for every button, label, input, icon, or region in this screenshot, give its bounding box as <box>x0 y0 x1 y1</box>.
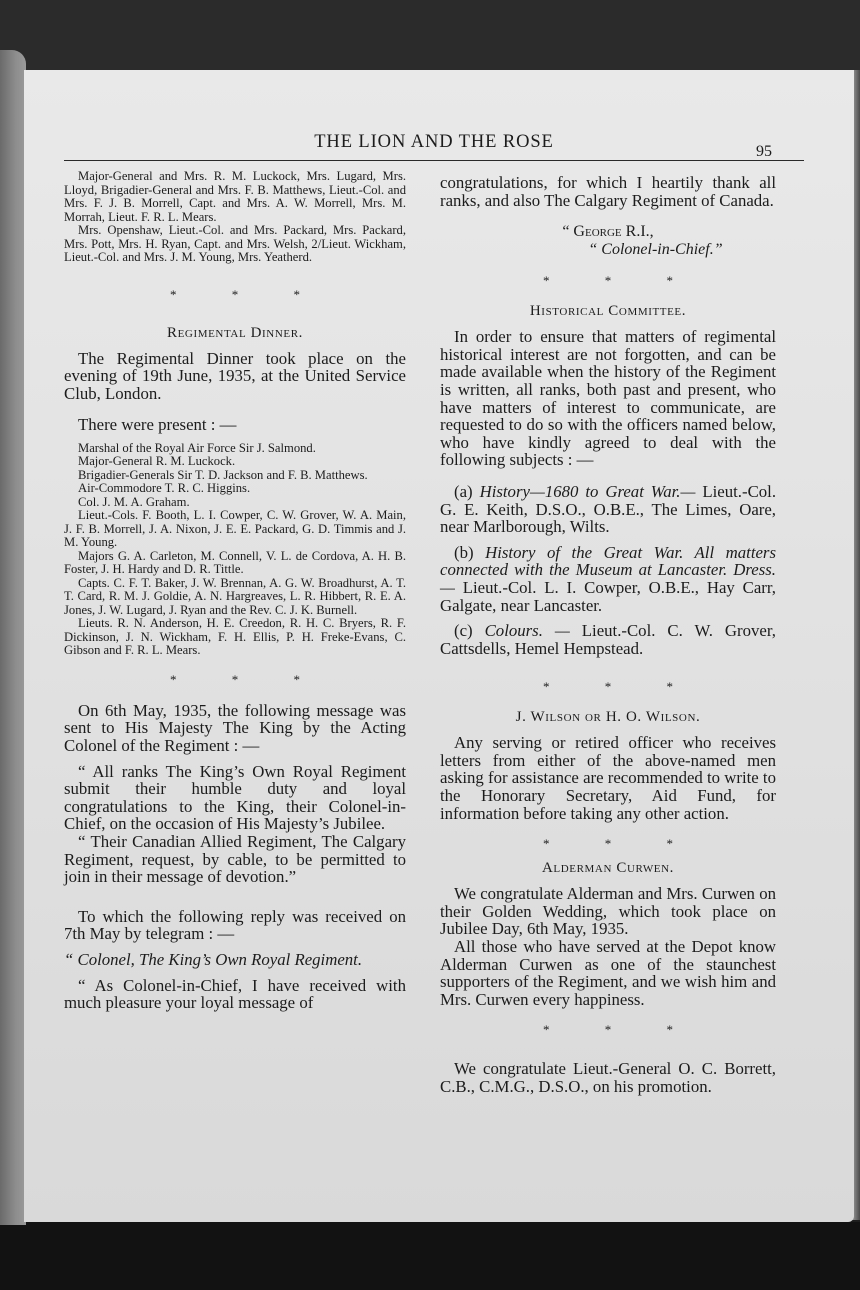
right-column: congratulations, for which I heartily th… <box>440 174 776 1096</box>
curwen-paragraph: We congratulate Alderman and Mrs. Curwen… <box>440 885 776 938</box>
item-label: (c) <box>454 621 473 640</box>
jubilee-message: “ All ranks The King’s Own Royal Regimen… <box>64 763 406 833</box>
item-subject: History—1680 to Great War.— <box>480 482 696 501</box>
curwen-paragraph: All those who have served at the Depot k… <box>440 938 776 1008</box>
committee-intro: In order to ensure that matters of regim… <box>440 328 776 469</box>
section-heading-regimental-dinner: Regimental Dinner. <box>64 325 406 342</box>
attendee-list: Marshal of the Royal Air Force Sir J. Sa… <box>64 442 406 658</box>
section-separator: * * * <box>64 672 406 688</box>
section-separator: * * * <box>64 287 406 303</box>
reply-body-continued: congratulations, for which I heartily th… <box>440 174 776 209</box>
attendee-entry: Capts. C. F. T. Baker, J. W. Brennan, A.… <box>64 577 406 618</box>
section-heading-historical-committee: Historical Committee. <box>440 303 776 320</box>
section-separator: * * * <box>440 679 776 695</box>
item-contact: Lieut.-Col. L. I. Cowper, O.B.E., Hay Ca… <box>440 578 776 615</box>
attendee-entry: Air-Commodore T. R. C. Higgins. <box>64 482 406 496</box>
guest-list-paragraph: Mrs. Openshaw, Lieut.-Col. and Mrs. Pack… <box>64 224 406 265</box>
section-separator: * * * <box>440 273 776 289</box>
borrett-notice: We congratulate Lieut.-General O. C. Bor… <box>440 1060 776 1095</box>
signoff-title: “ Colonel-in-Chief.” <box>440 241 776 259</box>
reply-address: “ Colonel, The King’s Own Royal Regiment… <box>64 951 406 969</box>
header-rule <box>64 160 804 161</box>
book-spine <box>0 50 26 1225</box>
reply-body: “ As Colonel-in-Chief, I have received w… <box>64 977 406 1012</box>
signoff-name-text: “ George R.I., <box>562 223 653 240</box>
attendee-entry: Majors G. A. Carleton, M. Connell, V. L.… <box>64 550 406 577</box>
section-heading-alderman-curwen: Alderman Curwen. <box>440 860 776 877</box>
dinner-intro: The Regimental Dinner took place on the … <box>64 350 406 403</box>
page-number: 95 <box>756 143 772 161</box>
section-separator: * * * <box>440 1022 776 1038</box>
item-subject: Colours. — <box>485 621 570 640</box>
left-column: Major-General and Mrs. R. M. Luckock, Mr… <box>64 170 406 1012</box>
committee-item-a: (a) History—1680 to Great War.— Lieut.-C… <box>440 483 776 536</box>
book-page: THE LION AND THE ROSE 95 Major-General a… <box>24 70 854 1222</box>
guest-list-paragraph: Major-General and Mrs. R. M. Luckock, Mr… <box>64 170 406 224</box>
committee-item-c: (c) Colours. — Lieut.-Col. C. W. Grover,… <box>440 622 776 657</box>
present-label: There were present : — <box>64 416 406 434</box>
signoff-name: “ George R.I., <box>440 223 776 241</box>
item-label: (a) <box>454 482 473 501</box>
item-label: (b) <box>454 543 474 562</box>
signoff-title-text: “ Colonel-in-Chief.” <box>588 241 722 258</box>
attendee-entry: Lieuts. R. N. Anderson, H. E. Creedon, R… <box>64 617 406 658</box>
running-head: THE LION AND THE ROSE <box>64 132 804 153</box>
attendee-entry: Marshal of the Royal Air Force Sir J. Sa… <box>64 442 406 456</box>
committee-item-b: (b) History of the Great War. All matter… <box>440 544 776 614</box>
attendee-entry: Col. J. M. A. Graham. <box>64 496 406 510</box>
background-bottom <box>0 1222 860 1290</box>
wilson-notice: Any serving or retired officer who recei… <box>440 734 776 822</box>
attendee-entry: Major-General R. M. Luckock. <box>64 455 406 469</box>
jubilee-intro: On 6th May, 1935, the following message … <box>64 702 406 755</box>
reply-intro: To which the following reply was receive… <box>64 908 406 943</box>
background-top <box>0 0 860 72</box>
attendee-entry: Lieut.-Cols. F. Booth, L. I. Cowper, C. … <box>64 509 406 550</box>
section-heading-wilson: J. Wilson or H. O. Wilson. <box>440 709 776 726</box>
attendee-entry: Brigadier-Generals Sir T. D. Jackson and… <box>64 469 406 483</box>
section-separator: * * * <box>440 836 776 852</box>
jubilee-message: “ Their Canadian Allied Regiment, The Ca… <box>64 833 406 886</box>
